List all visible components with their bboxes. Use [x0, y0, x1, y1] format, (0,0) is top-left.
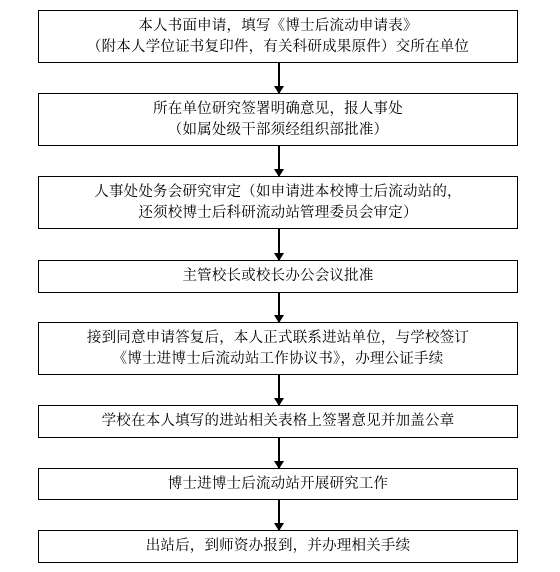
step-2-line-2: （如属处级干部须经组织部批准）: [168, 120, 389, 141]
step-8-exit-station: 出站后，到师资办报到，并办理相关手续: [38, 530, 518, 563]
arrow-down-icon: [278, 229, 280, 260]
step-6-line-1: 学校在本人填写的进站相关表格上签署意见并加盖公章: [102, 411, 455, 432]
step-7-line-1: 博士进博士后流动站开展研究工作: [168, 474, 389, 495]
step-1-line-1: 本人书面申请，填写《博士后流动申请表》: [138, 16, 417, 37]
step-3-line-1: 人事处处务会研究审定（如申请进本校博士后流动站的，: [94, 182, 462, 203]
step-1-submit-application: 本人书面申请，填写《博士后流动申请表》 （附本人学位证书复印件，有关科研成果原件…: [38, 10, 518, 63]
step-5-line-1: 接到同意申请答复后，本人正式联系进站单位，与学校签订: [87, 328, 469, 349]
arrow-down-icon: [278, 438, 280, 468]
step-5-line-2: 《博士进博士后流动站工作协议书》，办理公证手续: [113, 349, 444, 370]
arrow-down-icon: [278, 500, 280, 530]
arrow-down-icon: [278, 146, 280, 176]
step-3-hr-review: 人事处处务会研究审定（如申请进本校博士后流动站的， 还须校博士后科研流动站管理委…: [38, 176, 518, 229]
step-2-unit-review: 所在单位研究签署明确意见，报人事处 （如属处级干部须经组织部批准）: [38, 93, 518, 146]
arrow-down-icon: [278, 63, 280, 93]
step-2-line-1: 所在单位研究签署明确意见，报人事处: [153, 99, 403, 120]
step-4-line-1: 主管校长或校长办公会议批准: [182, 266, 373, 287]
step-8-line-1: 出站后，到师资办报到，并办理相关手续: [146, 536, 411, 557]
arrow-down-icon: [278, 293, 280, 322]
step-1-line-2: （附本人学位证书复印件，有关科研成果原件）交所在单位: [87, 37, 469, 58]
step-6-school-seal: 学校在本人填写的进站相关表格上签署意见并加盖公章: [38, 405, 518, 438]
step-4-president-approval: 主管校长或校长办公会议批准: [38, 260, 518, 293]
step-7-start-research: 博士进博士后流动站开展研究工作: [38, 468, 518, 500]
step-3-line-2: 还须校博士后科研流动站管理委员会审定）: [138, 203, 417, 224]
arrow-down-icon: [278, 375, 280, 405]
step-5-sign-agreement: 接到同意申请答复后，本人正式联系进站单位，与学校签订 《博士进博士后流动站工作协…: [38, 322, 518, 375]
